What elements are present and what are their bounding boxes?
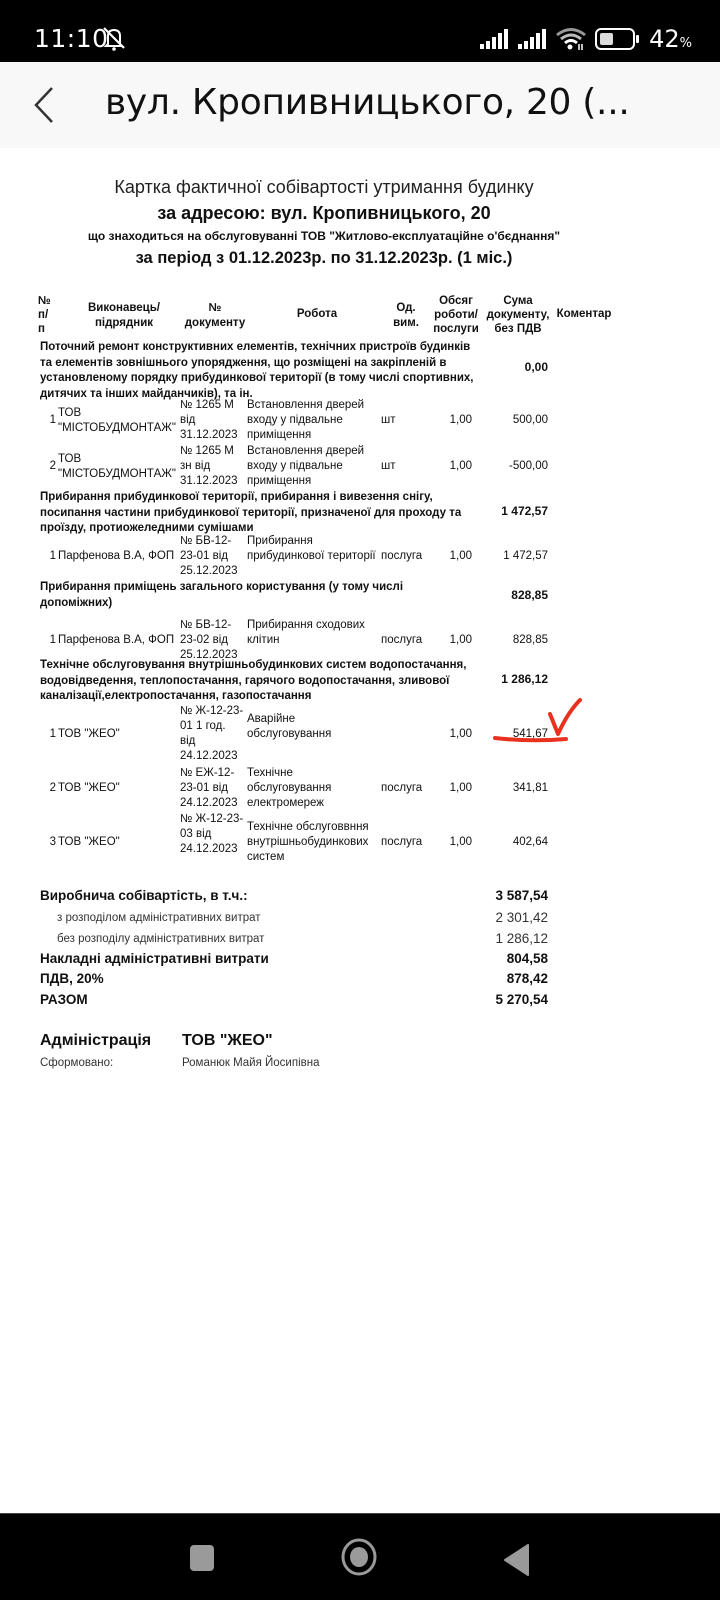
group-total: 828,85 <box>511 588 548 602</box>
row-work: Встановлення дверей входу у підвальне пр… <box>247 398 377 443</box>
row-unit: послуга <box>381 633 431 648</box>
row-amount: 828,85 <box>480 633 548 648</box>
row-amount: 500,00 <box>480 413 548 428</box>
row-unit: шт <box>381 413 431 428</box>
row-doc-number: № ЕЖ-12-23-01 від 24.12.2023 <box>180 766 244 811</box>
row-unit: послуга <box>381 835 431 850</box>
summary-label: з розподілом адміністративних витрат <box>57 912 261 924</box>
doc-address: за адресою: вул. Кропивницького, 20 <box>0 203 648 224</box>
back-chevron-icon[interactable] <box>26 82 66 128</box>
row-work: Технічне обслуговування електромереж <box>247 766 377 811</box>
row-volume: 1,00 <box>430 835 472 850</box>
summary-value: 5 270,54 <box>495 992 548 1007</box>
row-work: Встановлення дверей входу у підвальне пр… <box>247 444 377 489</box>
summary-value: 1 286,12 <box>495 931 548 946</box>
admin-value: ТОВ "ЖЕО" <box>182 1032 273 1050</box>
row-doc-number: № Ж-12-23-03 від 24.12.2023 <box>180 812 244 857</box>
row-volume: 1,00 <box>430 633 472 648</box>
summary-value: 3 587,54 <box>495 888 548 903</box>
group-title: Прибирання приміщень загального користув… <box>40 580 420 611</box>
row-number: 1 <box>46 549 56 564</box>
col-volume: Обсяг роботи/ послуги <box>430 294 482 336</box>
col-amount: Сума документу, без ПДВ <box>484 294 552 336</box>
row-contractor: ТОВ "ЖЕО" <box>58 727 178 742</box>
row-doc-number: № Ж-12-23-01 1 год. від 24.12.2023 <box>180 704 244 764</box>
row-unit: послуга <box>381 549 431 564</box>
row-volume: 1,00 <box>430 413 472 428</box>
row-work: Технічне обслуговвння внутрішньобудинков… <box>247 820 383 865</box>
row-contractor: ТОВ "МІСТОБУДМОНТАЖ" <box>58 406 182 436</box>
col-unit: Од. вим. <box>388 301 424 331</box>
row-doc-number: № 1265 М зн від 31.12.2023 <box>180 444 244 489</box>
status-time: 11:10 <box>34 24 109 53</box>
col-contractor: Виконавець/ підрядник <box>74 301 174 331</box>
row-number: 1 <box>46 633 56 648</box>
row-number: 2 <box>46 781 56 796</box>
row-contractor: Парфенова В.А, ФОП <box>58 549 178 564</box>
group-title: Технічне обслуговування внутрішньобудинк… <box>40 658 480 705</box>
row-volume: 1,00 <box>430 727 472 742</box>
navigation-bar <box>0 1513 720 1600</box>
wifi-icon <box>555 27 587 51</box>
summary-label: Виробнича собівартість, в т.ч.: <box>40 888 248 903</box>
battery-icon <box>595 28 641 50</box>
group-total: 1 472,57 <box>501 504 548 518</box>
group-total: 0,00 <box>525 360 548 374</box>
row-number: 3 <box>46 835 56 850</box>
document-view[interactable]: Картка фактичної собівартості утримання … <box>0 148 720 1482</box>
group-total: 1 286,12 <box>501 672 548 686</box>
group-title: Поточний ремонт конструктивних елементів… <box>40 340 480 402</box>
row-number: 2 <box>46 459 56 474</box>
row-contractor: ТОВ "ЖЕО" <box>58 835 178 850</box>
row-amount: 402,64 <box>480 835 548 850</box>
row-contractor: ТОВ "МІСТОБУДМОНТАЖ" <box>58 452 182 482</box>
row-number: 1 <box>46 727 56 742</box>
summary-value: 804,58 <box>507 951 548 966</box>
row-amount: -500,00 <box>480 459 548 474</box>
row-amount: 341,81 <box>480 781 548 796</box>
group-title: Прибирання прибудинкової території, приб… <box>40 490 470 537</box>
row-number: 1 <box>46 413 56 428</box>
row-unit: шт <box>381 459 431 474</box>
row-volume: 1,00 <box>430 781 472 796</box>
row-contractor: Парфенова В.А, ФОП <box>58 633 178 648</box>
recents-square-icon[interactable] <box>188 1544 216 1572</box>
signal-icon <box>517 28 547 50</box>
row-work: Прибирання сходових клітин <box>247 618 377 648</box>
doc-title: Картка фактичної собівартості утримання … <box>0 177 648 198</box>
summary-value: 2 301,42 <box>495 910 548 925</box>
col-no: № п/ п <box>38 294 54 336</box>
formed-value: Романюк Майя Йосипівна <box>182 1057 320 1069</box>
summary-value: 878,42 <box>507 971 548 986</box>
home-circle-icon[interactable] <box>340 1538 378 1576</box>
row-unit: послуга <box>381 781 431 796</box>
status-icons: 42% <box>479 24 692 54</box>
doc-service-company: що знаходиться на обслуговуванні ТОВ "Жи… <box>0 229 648 243</box>
row-contractor: ТОВ "ЖЕО" <box>58 781 178 796</box>
page-title: вул. Кропивницького, 20 (... <box>105 82 629 123</box>
signal-icon <box>479 28 509 50</box>
summary-label: без розподілу адміністративних витрат <box>57 933 264 945</box>
bell-muted-icon <box>100 24 128 52</box>
admin-label: Адміністрація <box>40 1032 151 1050</box>
back-triangle-icon[interactable] <box>502 1544 530 1576</box>
formed-label: Сформовано: <box>40 1057 113 1069</box>
row-doc-number: № 1265 М від 31.12.2023 <box>180 398 244 443</box>
summary-label: ПДВ, 20% <box>40 971 104 986</box>
battery-percent: 42% <box>649 25 692 53</box>
col-comment: Коментар <box>554 308 614 320</box>
red-checkmark-annotation <box>490 696 590 750</box>
summary-label: Накладні адміністративні витрати <box>40 951 269 966</box>
row-doc-number: № БВ-12-23-01 від 25.12.2023 <box>180 534 244 579</box>
row-work: Прибирання прибудинкової території <box>247 534 377 564</box>
row-doc-number: № БВ-12-23-02 від 25.12.2023 <box>180 618 244 663</box>
app-header: вул. Кропивницького, 20 (... <box>0 62 720 148</box>
col-work: Робота <box>272 308 362 320</box>
row-amount: 1 472,57 <box>480 549 548 564</box>
row-work: Аварійне обслуговування <box>247 712 377 742</box>
summary-label: РАЗОМ <box>40 992 88 1007</box>
row-volume: 1,00 <box>430 459 472 474</box>
col-doc-no: № документу <box>178 301 252 331</box>
status-bar: 11:10 42% <box>0 0 720 62</box>
row-volume: 1,00 <box>430 549 472 564</box>
doc-period: за період з 01.12.2023р. по 31.12.2023р.… <box>0 249 648 268</box>
